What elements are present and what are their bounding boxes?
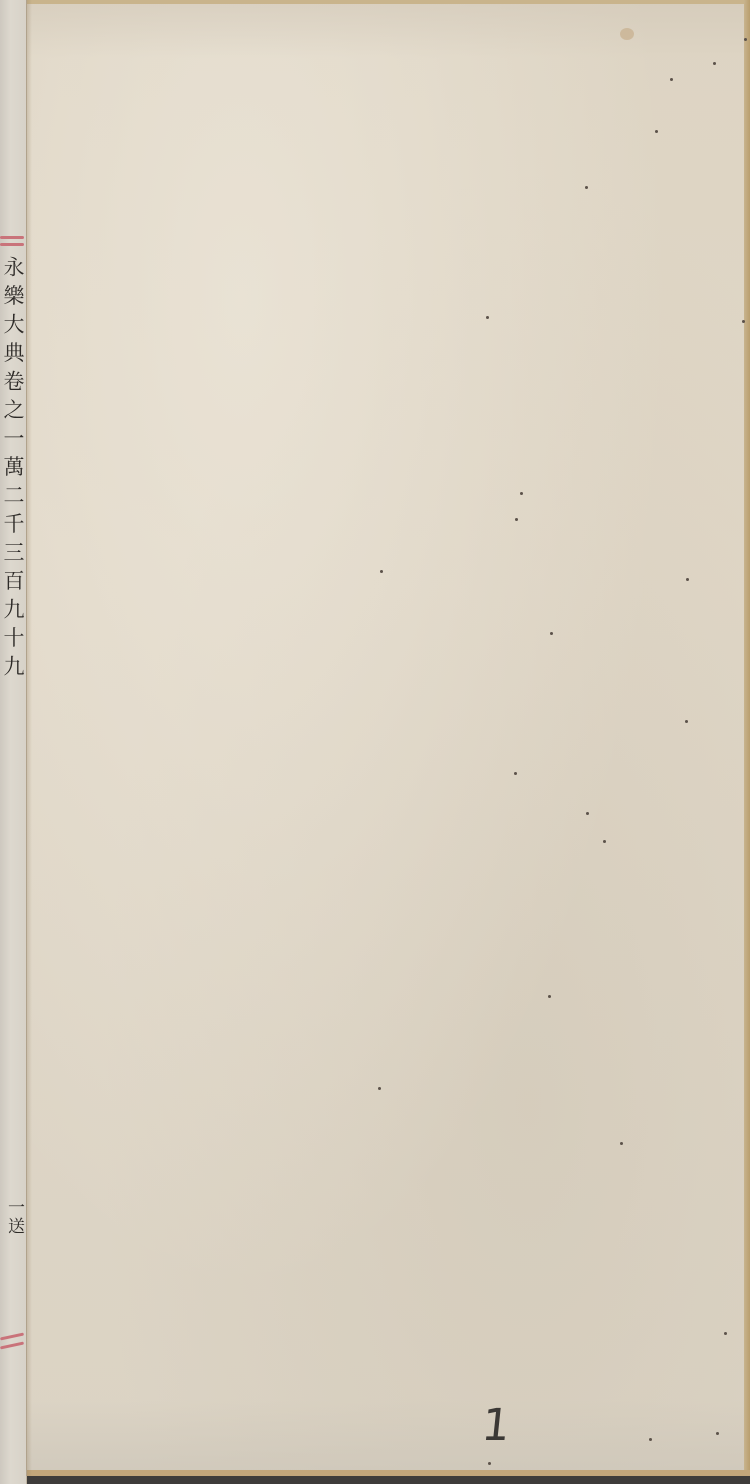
- speck: [744, 38, 747, 41]
- speck: [488, 1462, 491, 1465]
- speck: [685, 720, 688, 723]
- leaf-top-band: [27, 4, 744, 58]
- speck: [713, 62, 716, 65]
- speck: [378, 1087, 381, 1090]
- speck: [548, 995, 551, 998]
- spine-note: 一送: [4, 1198, 24, 1236]
- speck: [670, 78, 673, 81]
- page-number: 1: [479, 1400, 512, 1451]
- speck: [380, 570, 383, 573]
- red-rule-top-2: [0, 243, 24, 246]
- speck: [514, 772, 517, 775]
- foxing-stain: [620, 28, 634, 40]
- speck: [585, 186, 588, 189]
- page-top-edge: [26, 0, 750, 4]
- speck: [716, 1432, 719, 1435]
- red-rule-top-1: [0, 236, 24, 239]
- manuscript-page: 永樂大典卷之一萬二千三百九十九 一送 1: [0, 0, 750, 1476]
- speck: [649, 1438, 652, 1441]
- speck: [686, 578, 689, 581]
- page-right-edge: [744, 0, 750, 1476]
- speck: [655, 130, 658, 133]
- spine-shadow: [26, 0, 32, 1476]
- leaf-bottom-band: [27, 1400, 744, 1470]
- speck: [515, 518, 518, 521]
- speck: [742, 320, 745, 323]
- speck: [486, 316, 489, 319]
- speck: [603, 840, 606, 843]
- spine-title: 永樂大典卷之一萬二千三百九十九: [2, 256, 24, 684]
- spine-strip: [0, 0, 27, 1484]
- page-bottom-edge: [26, 1470, 750, 1476]
- speck: [550, 632, 553, 635]
- speck: [724, 1332, 727, 1335]
- blank-leaf: [27, 4, 744, 1470]
- speck: [620, 1142, 623, 1145]
- speck: [586, 812, 589, 815]
- speck: [520, 492, 523, 495]
